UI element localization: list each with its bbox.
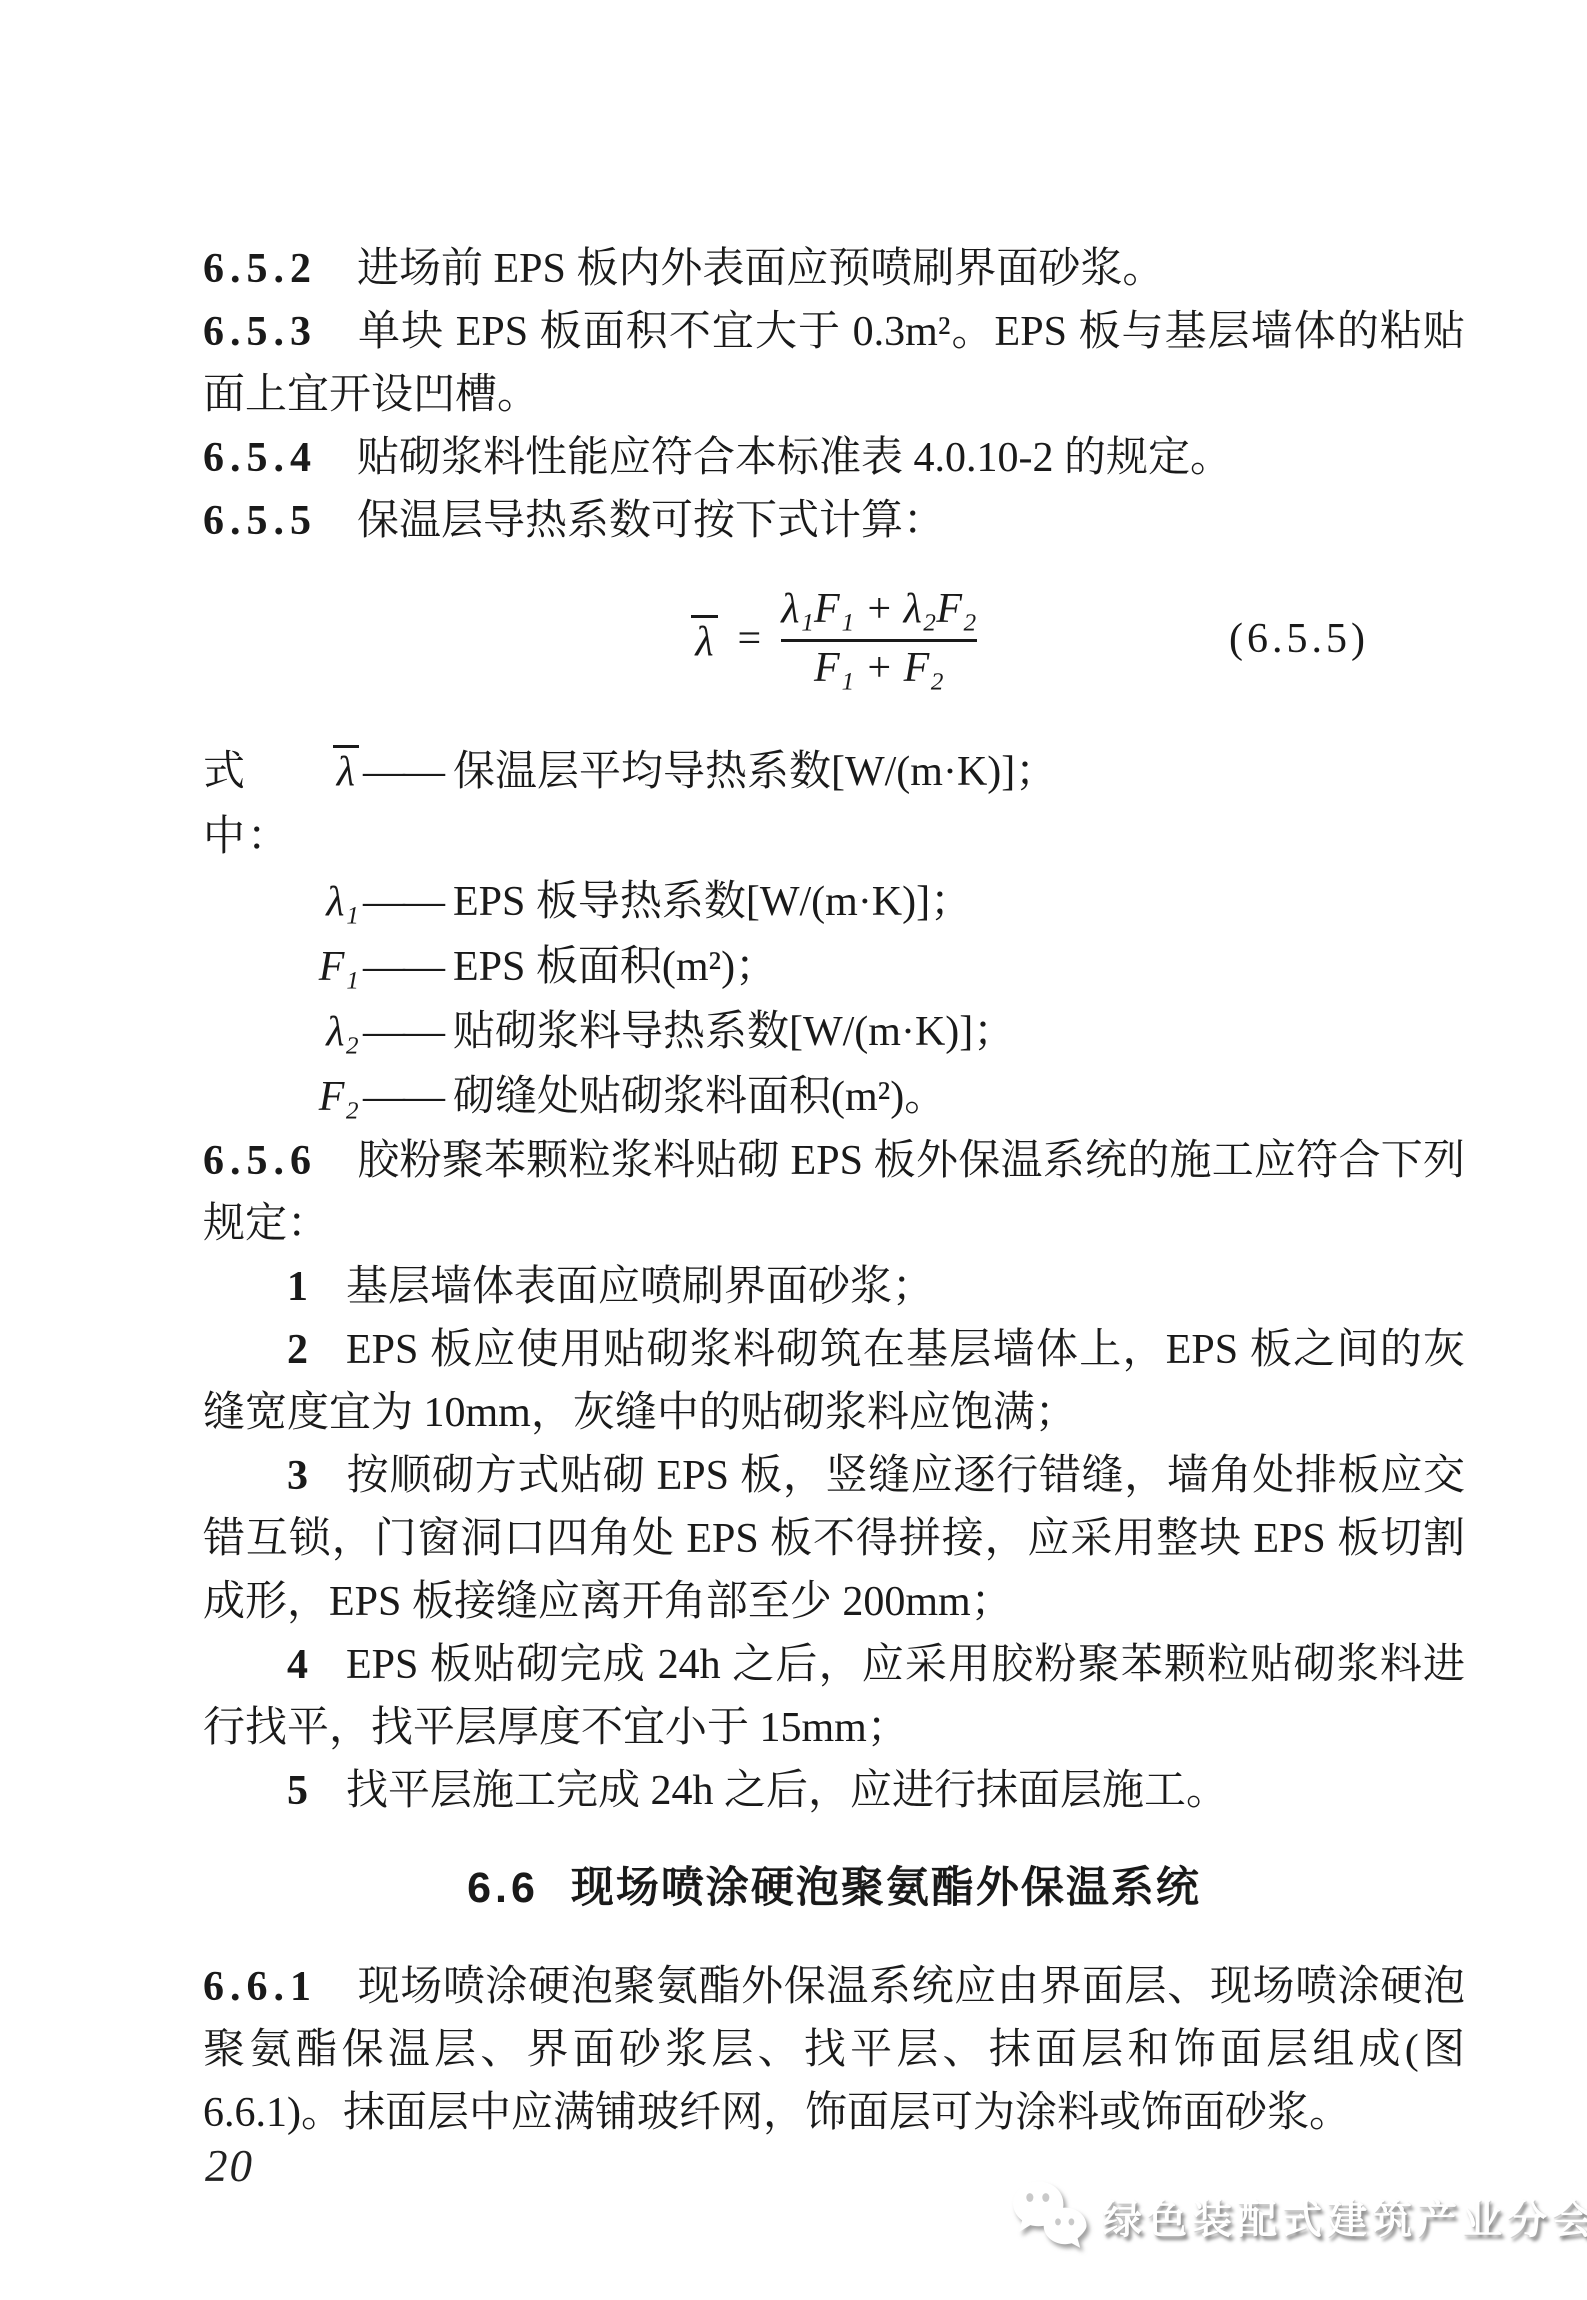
- fraction: λ₁F₁ + λ₂F₂ F₁ + F₂: [781, 586, 976, 691]
- brand-watermark: 绿色装配式建筑产业分会: [1008, 2178, 1587, 2254]
- clause-6-5-3: 6.5.3单块 EPS 板面积不宜大于 0.3m²。EPS 板与基层墙体的粘贴面…: [203, 301, 1465, 427]
- symbol-term: λ₂: [203, 1000, 359, 1065]
- symbol-definition-row: λ₁ —— EPS 板导热系数[W/(m·K)]；: [203, 870, 1465, 935]
- definition-dash: ——: [363, 935, 443, 1000]
- lambda-bar-symbol: λ: [691, 615, 717, 663]
- clause-number: 6.5.6: [203, 1138, 317, 1184]
- clause-text: 进场前 EPS 板内外表面应预喷刷界面砂浆。: [357, 246, 1164, 292]
- symbol-definition: 保温层平均导热系数[W/(m·K)]；: [453, 740, 1465, 805]
- item-text: 按顺砌方式贴砌 EPS 板，竖缝应逐行错缝，墙角处排板应交错互锁，门窗洞口四角处…: [203, 1453, 1465, 1625]
- symbol-term: F₁: [203, 935, 359, 1000]
- item-text: EPS 板贴砌完成 24h 之后，应采用胶粉聚苯颗粒贴砌浆料进行找平，找平层厚度…: [203, 1642, 1465, 1751]
- clause-text: 胶粉聚苯颗粒浆料贴砌 EPS 板外保温系统的施工应符合下列规定：: [203, 1138, 1465, 1247]
- clause-text-column: 6.5.2进场前 EPS 板内外表面应预喷刷界面砂浆。 6.5.3单块 EPS …: [203, 238, 1465, 2145]
- list-item-4: 4EPS 板贴砌完成 24h 之后，应采用胶粉聚苯颗粒贴砌浆料进行找平，找平层厚…: [203, 1634, 1465, 1760]
- symbol-definitions: 式中：λ —— 保温层平均导热系数[W/(m·K)]； λ₁ —— EPS 板导…: [203, 740, 1465, 1130]
- section-title: 现场喷涂硬泡聚氨酯外保温系统: [571, 1864, 1201, 1912]
- definition-dash: ——: [363, 740, 443, 805]
- fraction-denominator: F₁ + F₂: [814, 645, 944, 692]
- symbol-term: 式中：λ: [203, 740, 359, 870]
- fraction-numerator: λ₁F₁ + λ₂F₂: [781, 586, 976, 633]
- list-item-3: 3按顺砌方式贴砌 EPS 板，竖缝应逐行错缝，墙角处排板应交错互锁，门窗洞口四角…: [203, 1445, 1465, 1634]
- symbol-definition-row: F₁ —— EPS 板面积(m²)；: [203, 935, 1465, 1000]
- item-number: 1: [287, 1264, 308, 1310]
- list-item-2: 2EPS 板应使用贴砌浆料砌筑在基层墙体上，EPS 板之间的灰缝宽度宜为 10m…: [203, 1319, 1465, 1445]
- equals-sign: =: [738, 608, 762, 671]
- clause-6-5-2: 6.5.2进场前 EPS 板内外表面应预喷刷界面砂浆。: [203, 238, 1465, 301]
- equation-6-5-5: λ = λ₁F₁ + λ₂F₂ F₁ + F₂ (6.5.5): [203, 583, 1465, 695]
- symbol-term: F₂: [203, 1065, 359, 1130]
- symbol-term: λ₁: [203, 870, 359, 935]
- symbol-definition-row: λ₂ —— 贴砌浆料导热系数[W/(m·K)]；: [203, 1000, 1465, 1065]
- brand-text: 绿色装配式建筑产业分会: [1102, 2188, 1587, 2245]
- item-number: 2: [287, 1327, 308, 1373]
- clause-number: 6.5.4: [203, 435, 317, 481]
- symbol-definition: EPS 板导热系数[W/(m·K)]；: [453, 870, 1465, 935]
- list-item-5: 5找平层施工完成 24h 之后，应进行抹面层施工。: [203, 1760, 1465, 1823]
- section-heading-6-6: 6.6现场喷涂硬泡聚氨酯外保温系统: [203, 1857, 1465, 1920]
- clause-number: 6.5.5: [203, 498, 317, 544]
- clause-text: 贴砌浆料性能应符合本标准表 4.0.10-2 的规定。: [357, 435, 1232, 481]
- section-number: 6.6: [467, 1864, 539, 1912]
- wechat-icon: [1008, 2178, 1092, 2254]
- fraction-bar: [781, 639, 976, 642]
- clause-text: 单块 EPS 板面积不宜大于 0.3m²。EPS 板与基层墙体的粘贴面上宜开设凹…: [203, 309, 1465, 418]
- definition-dash: ——: [363, 870, 443, 935]
- lambda-bar-symbol: λ: [333, 745, 359, 793]
- definition-dash: ——: [363, 1065, 443, 1130]
- item-number: 5: [287, 1768, 308, 1814]
- item-number: 3: [287, 1453, 308, 1499]
- clause-number: 6.6.1: [203, 1964, 317, 2010]
- clause-number: 6.5.2: [203, 246, 317, 292]
- symbol-definition-row: F₂ —— 砌缝处贴砌浆料面积(m²)。: [203, 1065, 1465, 1130]
- equation-number: (6.5.5): [1229, 608, 1369, 671]
- clause-text: 保温层导热系数可按下式计算：: [357, 498, 945, 544]
- clause-number: 6.5.3: [203, 309, 317, 355]
- item-text: 基层墙体表面应喷刷界面砂浆；: [346, 1264, 934, 1310]
- definition-dash: ——: [363, 1000, 443, 1065]
- item-number: 4: [287, 1642, 308, 1688]
- page-number: 20: [205, 2140, 254, 2192]
- clause-6-5-4: 6.5.4贴砌浆料性能应符合本标准表 4.0.10-2 的规定。: [203, 427, 1465, 490]
- list-item-1: 1基层墙体表面应喷刷界面砂浆；: [203, 1256, 1465, 1319]
- symbol-definition-row: 式中：λ —— 保温层平均导热系数[W/(m·K)]；: [203, 740, 1465, 870]
- equation-body: λ = λ₁F₁ + λ₂F₂ F₁ + F₂: [691, 586, 976, 691]
- item-text: EPS 板应使用贴砌浆料砌筑在基层墙体上，EPS 板之间的灰缝宽度宜为 10mm…: [203, 1327, 1465, 1436]
- where-label: 式中：: [203, 740, 333, 870]
- symbol-definition: 贴砌浆料导热系数[W/(m·K)]；: [453, 1000, 1465, 1065]
- symbol-definition: 砌缝处贴砌浆料面积(m²)。: [453, 1065, 1465, 1130]
- symbol-definition: EPS 板面积(m²)；: [453, 935, 1465, 1000]
- clause-6-5-6: 6.5.6胶粉聚苯颗粒浆料贴砌 EPS 板外保温系统的施工应符合下列规定：: [203, 1130, 1465, 1256]
- item-text: 找平层施工完成 24h 之后，应进行抹面层施工。: [346, 1768, 1228, 1814]
- clause-6-5-5: 6.5.5保温层导热系数可按下式计算：: [203, 490, 1465, 553]
- clause-6-6-1: 6.6.1现场喷涂硬泡聚氨酯外保温系统应由界面层、现场喷涂硬泡聚氨酯保温层、界面…: [203, 1956, 1465, 2145]
- clause-text: 现场喷涂硬泡聚氨酯外保温系统应由界面层、现场喷涂硬泡聚氨酯保温层、界面砂浆层、找…: [203, 1964, 1465, 2136]
- document-page: 6.5.2进场前 EPS 板内外表面应预喷刷界面砂浆。 6.5.3单块 EPS …: [0, 0, 1587, 2300]
